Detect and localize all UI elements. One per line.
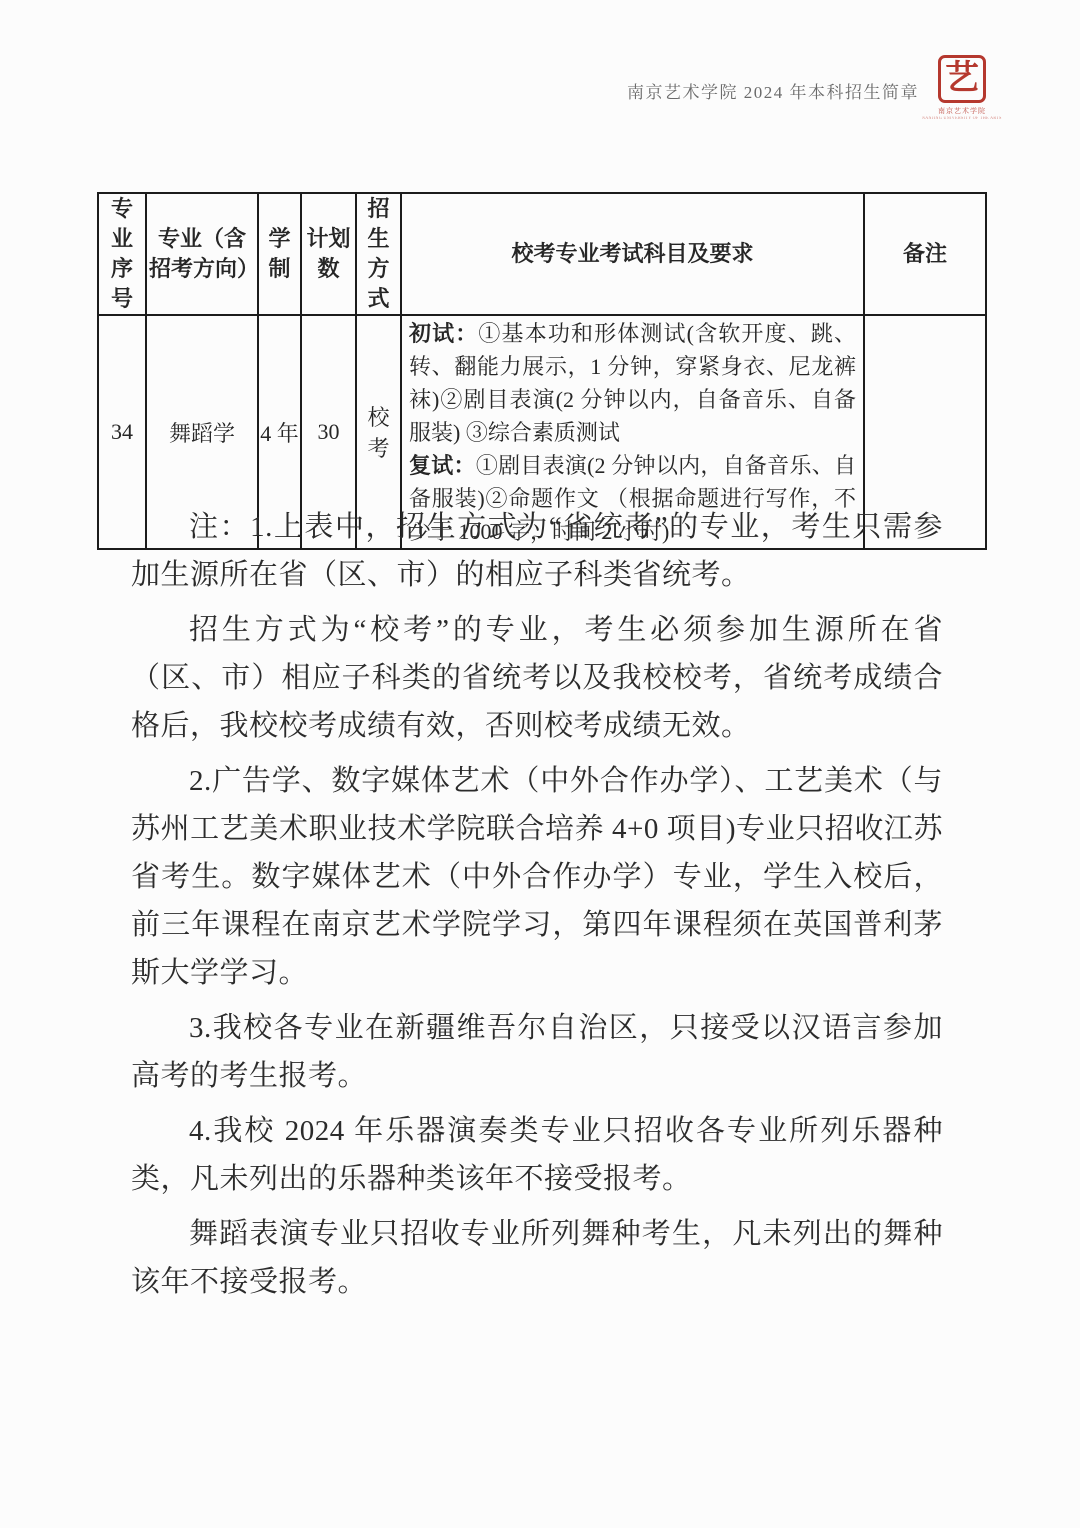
note-paragraph-3: 2.广告学、数字媒体艺术（中外合作办学）、工艺美术（与苏州工艺美术职业技术学院联… [131, 757, 943, 997]
notes-section: 注：1.上表中，招生方式为“省统考”的专业，考生只需参加生源所在省（区、市）的相… [131, 496, 943, 1313]
note-paragraph-4: 3.我校各专业在新疆维吾尔自治区，只接受以汉语言参加高考的考生报考。 [131, 1004, 943, 1100]
note-paragraph-2: 招生方式为“校考”的专业，考生必须参加生源所在省（区、市）相应子科类的省统考以及… [131, 606, 943, 750]
document-title: 南京艺术学院 2024 年本科招生简章 [627, 78, 919, 103]
seal-subcaption: NANJING UNIVERSITY OF THE ARTS [922, 117, 1002, 121]
col-header-exam: 校考专业考试科目及要求 [401, 193, 864, 315]
note-paragraph-5: 4.我校 2024 年乐器演奏类专业只招收各专业所列乐器种类，凡未列出的乐器种类… [131, 1107, 943, 1203]
col-header-major: 专业（含招考方向） [146, 193, 258, 315]
note-paragraph-1: 注：1.上表中，招生方式为“省统考”的专业，考生只需参加生源所在省（区、市）的相… [131, 503, 943, 599]
col-header-years: 学制 [258, 193, 301, 315]
col-header-plan: 计划数 [301, 193, 356, 315]
university-seal: 艺 南京艺术学院 NANJING UNIVERSITY OF THE ARTS [934, 55, 990, 121]
table-header-row: 专业序号 专业（含招考方向） 学制 计划数 招生方式 校考专业考试科目及要求 备… [98, 193, 986, 315]
col-header-method: 招生方式 [356, 193, 401, 315]
page-header: 南京艺术学院 2024 年本科招生简章 艺 南京艺术学院 NANJING UNI… [627, 55, 990, 121]
note-paragraph-6: 舞蹈表演专业只招收专业所列舞种考生，凡未列出的舞种该年不接受报考。 [131, 1210, 943, 1306]
exam-round1: 初试：①基本功和形体测试(含软开度、跳、转、翻能力展示，1 分钟，穿紧身衣、尼龙… [409, 317, 856, 449]
exam-round1-label: 初试： [409, 321, 478, 346]
seal-caption: 南京艺术学院 [938, 106, 986, 116]
exam-round2-label: 复试： [409, 453, 476, 478]
col-header-remark: 备注 [864, 193, 986, 315]
col-header-major-no: 专业序号 [98, 193, 146, 315]
seal-icon: 艺 [938, 55, 986, 103]
